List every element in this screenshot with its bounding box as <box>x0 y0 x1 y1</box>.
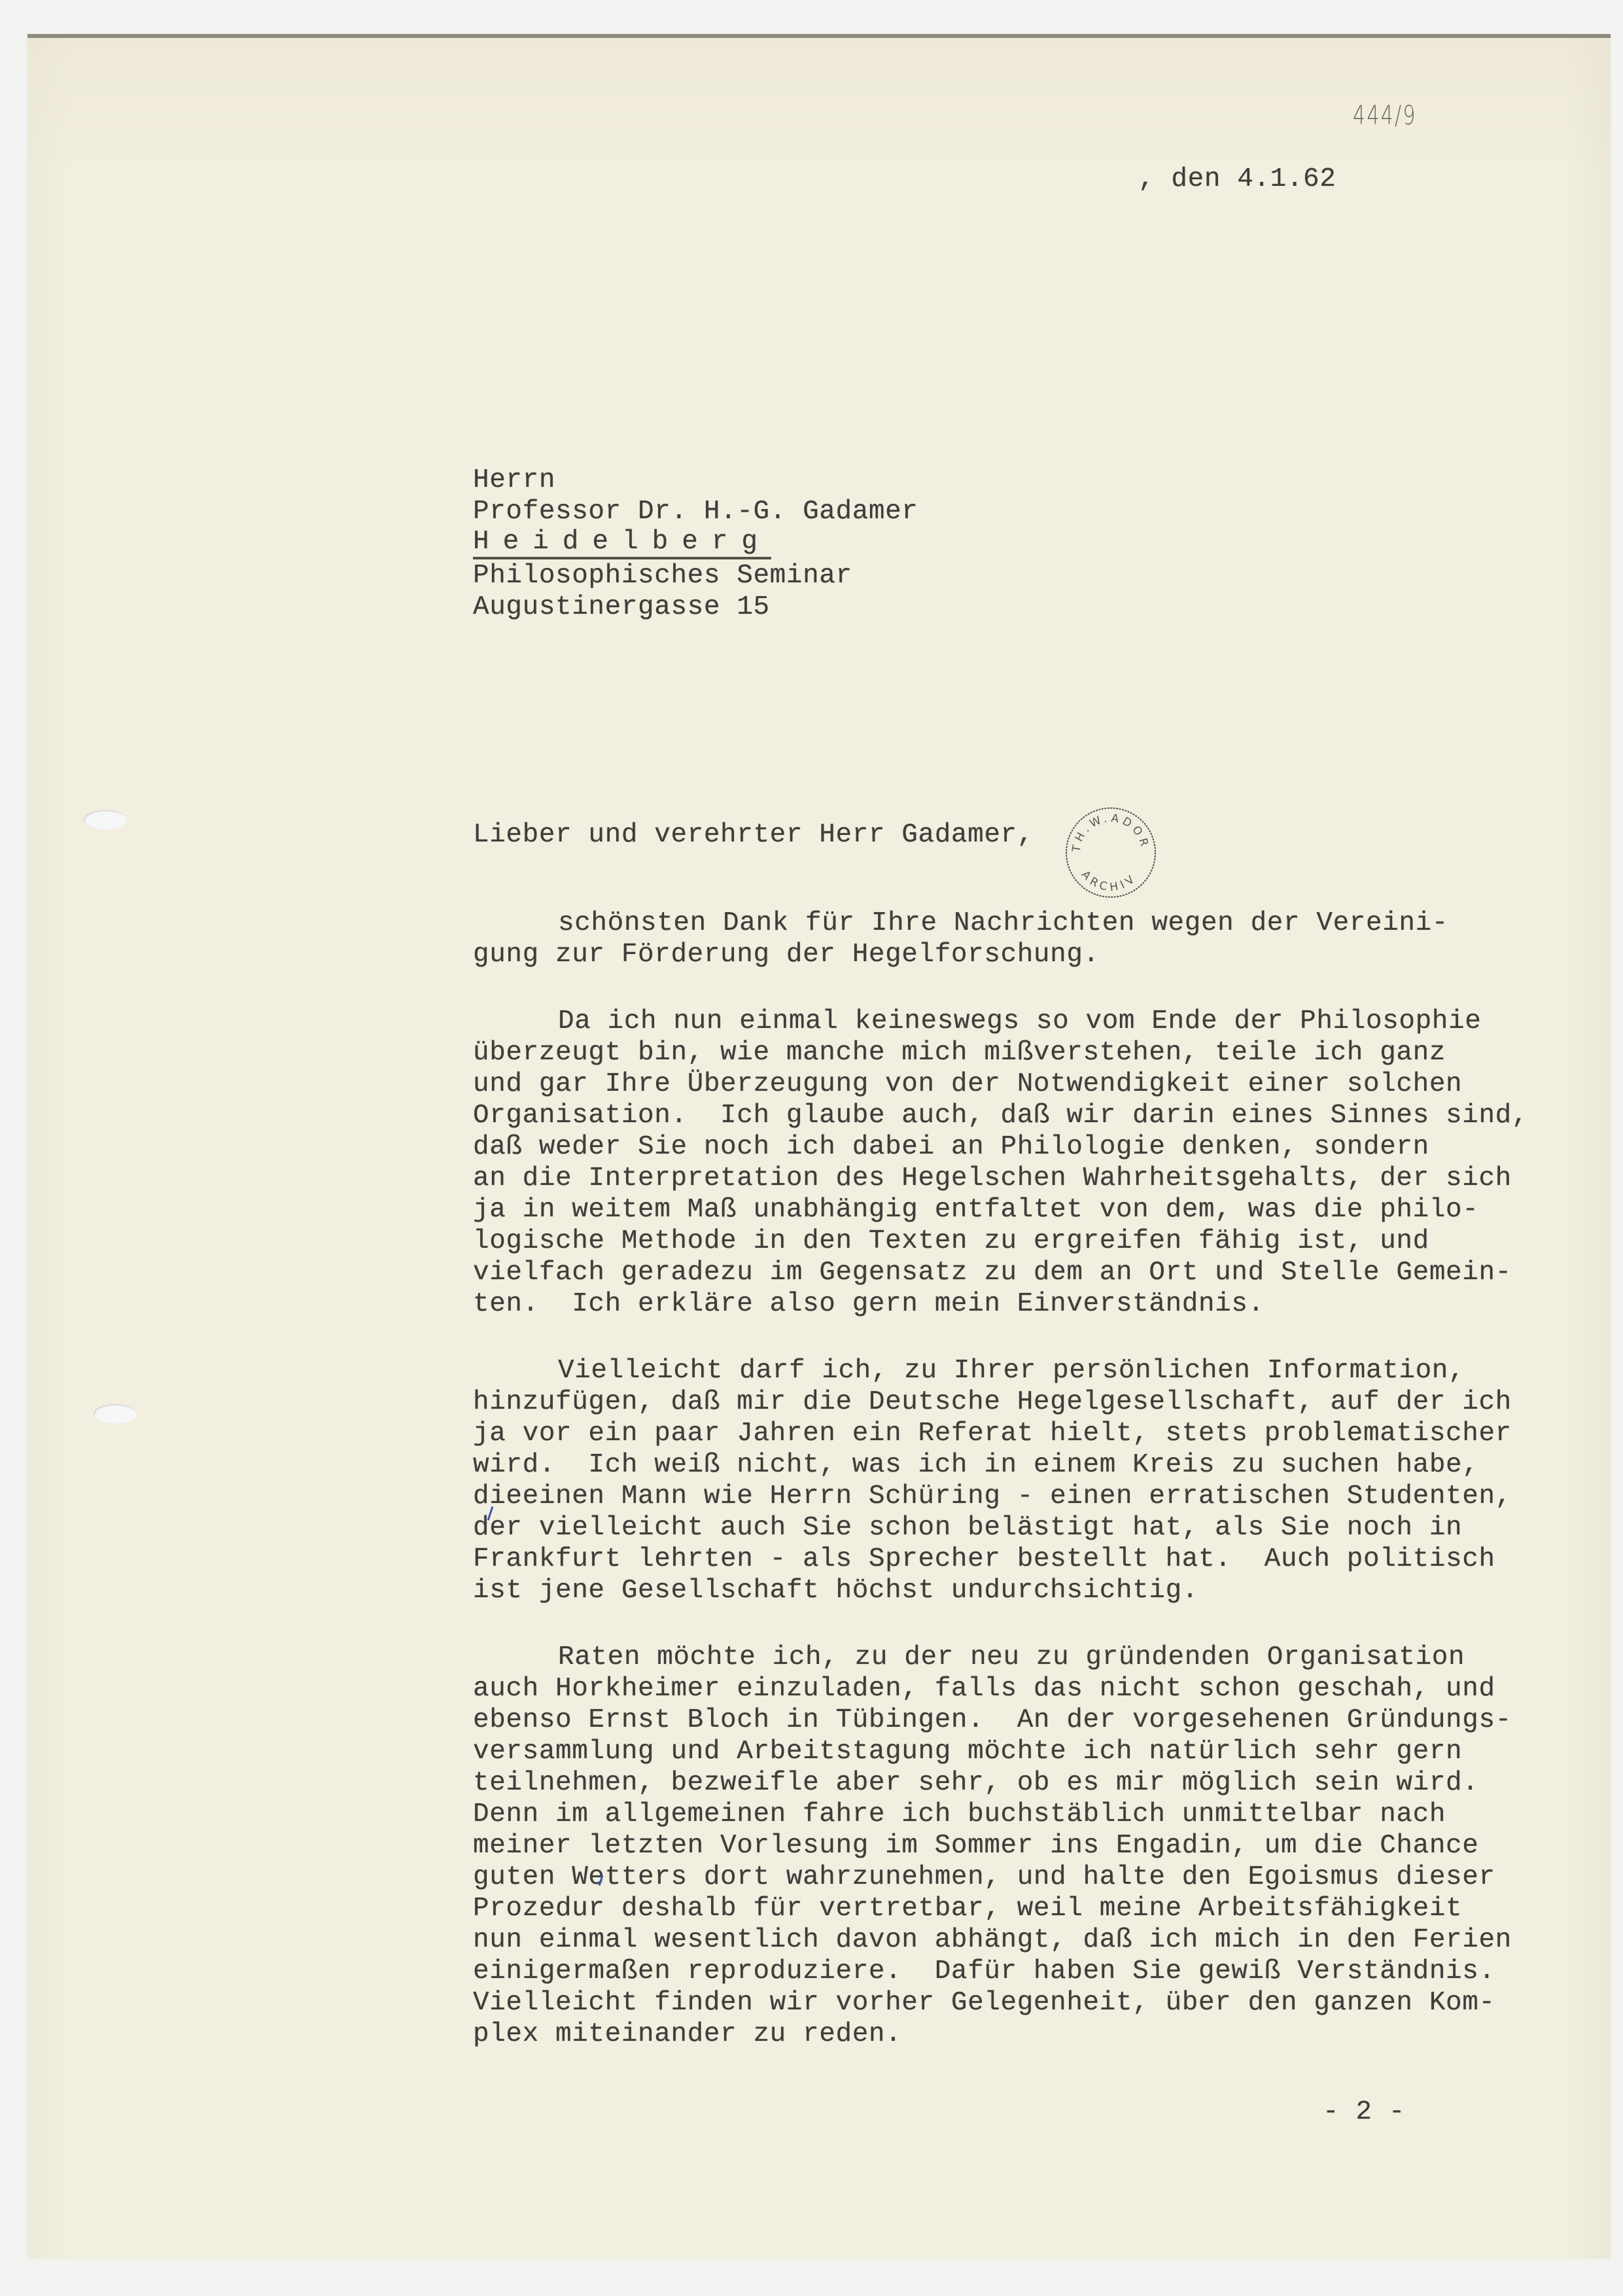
text-line: wird. Ich weiß nicht, was ich in einem K… <box>473 1449 1585 1481</box>
text-line: guten Wetters dort wahrzunehmen, und hal… <box>473 1862 1585 1893</box>
recipient-city: Heidelberg <box>473 527 771 559</box>
archive-number: 444/9 <box>1353 101 1417 131</box>
text-line: ja vor ein paar Jahren ein Referat hielt… <box>473 1418 1585 1449</box>
text-line: Vielleicht finden wir vorher Gelegenheit… <box>473 1987 1585 2019</box>
text-line: plex miteinander zu reden. <box>473 2019 1585 2050</box>
recipient-salutation: Herrn <box>473 465 555 496</box>
text-line: teilnehmen, bezweifle aber sehr, ob es m… <box>473 1767 1585 1799</box>
paragraph: Da ich nun einmal keineswegs so vom Ende… <box>473 1006 1585 1320</box>
text-line: Da ich nun einmal keineswegs so vom Ende… <box>473 1006 1585 1037</box>
svg-text:ARCHIV: ARCHIV <box>1079 868 1140 894</box>
text-line: Raten möchte ich, zu der neu zu gründend… <box>473 1642 1585 1673</box>
archive-stamp-icon: TH.W.ADORNO ARCHIV <box>1062 804 1160 902</box>
text-line: überzeugt bin, wie manche mich mißverste… <box>473 1037 1585 1069</box>
text-line: Vielleicht darf ich, zu Ihrer persönlich… <box>473 1355 1585 1386</box>
text-line: Organisation. Ich glaube auch, daß wir d… <box>473 1100 1585 1131</box>
text-line: versammlung und Arbeitstagung möchte ich… <box>473 1736 1585 1767</box>
text-line: ja in weitem Maß unabhängig entfaltet vo… <box>473 1194 1585 1226</box>
recipient-name: Professor Dr. H.-G. Gadamer <box>473 496 918 527</box>
recipient-institution: Philosophisches Seminar <box>473 560 852 592</box>
text-line: gung zur Förderung der Hegelforschung. <box>473 939 1585 970</box>
date-line: , den 4.1.62 <box>1138 164 1336 195</box>
text-line: nun einmal wesentlich davon abhängt, daß… <box>473 1924 1585 1956</box>
text-line: schönsten Dank für Ihre Nachrichten wege… <box>473 908 1585 939</box>
recipient-street: Augustinergasse 15 <box>473 592 770 623</box>
text-line: logische Methode in den Texten zu ergrei… <box>473 1226 1585 1257</box>
text-line: der vielleicht auch Sie schon belästigt … <box>473 1512 1585 1544</box>
letter-body: schönsten Dank für Ihre Nachrichten wege… <box>473 908 1585 2085</box>
text-line: Denn im allgemeinen fahre ich buchstäbli… <box>473 1799 1585 1830</box>
paragraph: Vielleicht darf ich, zu Ihrer persönlich… <box>473 1355 1585 1606</box>
punch-hole <box>94 1404 137 1424</box>
paragraph: Raten möchte ich, zu der neu zu gründend… <box>473 1642 1585 2050</box>
text-line: daß weder Sie noch ich dabei an Philolog… <box>473 1131 1585 1163</box>
text-line: ten. Ich erkläre also gern mein Einverst… <box>473 1288 1585 1320</box>
page-number: - 2 - <box>1323 2096 1405 2128</box>
punch-hole <box>84 810 127 830</box>
text-line: dieeinen Mann wie Herrn Schüring - einen… <box>473 1481 1585 1512</box>
text-line: Frankfurt lehrten - als Sprecher bestell… <box>473 1544 1585 1575</box>
svg-text:TH.W.ADORNO: TH.W.ADORNO <box>1062 804 1151 854</box>
text-line: auch Horkheimer einzuladen, falls das ni… <box>473 1673 1585 1704</box>
text-line: einigermaßen reproduziere. Dafür haben S… <box>473 1956 1585 1987</box>
greeting: Lieber und verehrter Herr Gadamer, <box>473 819 1034 851</box>
text-line: und gar Ihre Überzeugung von der Notwend… <box>473 1069 1585 1100</box>
paragraph: schönsten Dank für Ihre Nachrichten wege… <box>473 908 1585 970</box>
text-line: Prozedur deshalb für vertretbar, weil me… <box>473 1893 1585 1924</box>
text-line: vielfach geradezu im Gegensatz zu dem an… <box>473 1257 1585 1288</box>
text-line: an die Interpretation des Hegelschen Wah… <box>473 1163 1585 1194</box>
text-line: hinzufügen, daß mir die Deutsche Hegelge… <box>473 1386 1585 1418</box>
text-line: ebenso Ernst Bloch in Tübingen. An der v… <box>473 1704 1585 1736</box>
text-line: meiner letzten Vorlesung im Sommer ins E… <box>473 1830 1585 1862</box>
text-line: ist jene Gesellschaft höchst undurchsich… <box>473 1575 1585 1606</box>
